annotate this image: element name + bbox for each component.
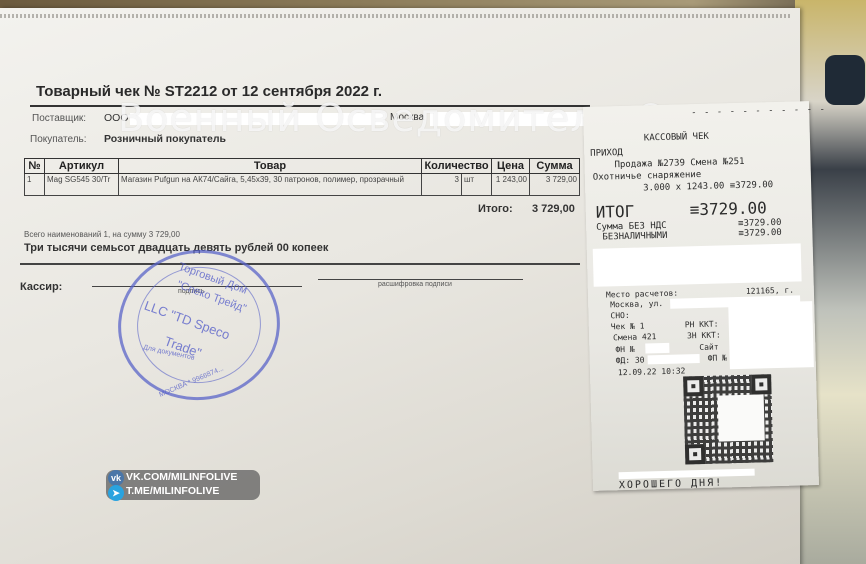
telegram-link[interactable]: T.ME/MILINFOLIVE <box>126 485 219 497</box>
signature-decode-line <box>318 279 523 280</box>
table-row: 1 Mag SG545 30/Tr Магазин Pufgun на АК74… <box>25 174 580 196</box>
receipt-sale-line: Продажа №2739 Смена №251 <box>614 157 744 170</box>
perforation-edge <box>0 14 790 18</box>
company-stamp: Торговый Дом "Спеко Трейд" LLC "TD Speco… <box>108 239 289 410</box>
supplier-label: Поставщик: <box>32 113 86 124</box>
cashier-label: Кассир: <box>20 281 62 293</box>
dashed-line: - - - - - - - - - - - <box>691 105 826 119</box>
cash-register-receipt: - - - - - - - - - - - КАССОВЫЙ ЧЕК ПРИХО… <box>583 101 819 491</box>
receipt-item-name: Охотничье снаряжение <box>593 170 702 183</box>
receipt-total-label: ИТОГ <box>596 202 635 222</box>
signature-decode-caption: расшифровка подписи <box>378 281 452 288</box>
telegram-icon: ➤ <box>108 485 124 501</box>
redaction-bar <box>728 301 814 369</box>
qr-finder <box>751 374 772 395</box>
redaction-bar <box>718 394 765 441</box>
total-value: 3 729,00 <box>532 203 575 215</box>
receipt-datetime: 12.09.22 10:32 <box>618 366 686 377</box>
receipt-fd: ФД: 30 <box>616 356 645 366</box>
vk-icon: vk <box>108 470 124 486</box>
col-product: Товар <box>119 159 422 174</box>
receipt-rn-kkt: РН ККТ: <box>685 320 719 330</box>
redaction-bar <box>593 243 802 286</box>
cell-article: Mag SG545 30/Tr <box>45 174 119 196</box>
receipt-sno: СНО: <box>610 311 629 321</box>
cell-sum: 3 729,00 <box>530 174 580 196</box>
table-header-row: № Артикул Товар Количество Цена Сумма <box>25 159 580 174</box>
receipt-place-value: 121165, г. <box>746 286 794 296</box>
receipt-fn: ФН № <box>615 345 634 355</box>
summary-count: Всего наименований 1, на сумму 3 729,00 <box>24 230 180 239</box>
cell-qty: 3 <box>422 174 462 196</box>
cell-unit: шт <box>462 174 492 196</box>
qr-finder <box>683 376 704 397</box>
col-quantity: Количество <box>422 159 492 174</box>
receipt-type: ПРИХОД <box>590 148 623 159</box>
col-article: Артикул <box>45 159 119 174</box>
receipt-item-calc: 3.000 x 1243.00 ≡3729.00 <box>643 180 773 193</box>
receipt-cashless-value: ≡3729.00 <box>738 228 782 239</box>
col-no: № <box>25 159 45 174</box>
fiscal-qr-code[interactable] <box>683 374 773 464</box>
col-sum: Сумма <box>530 159 580 174</box>
cell-price: 1 243,00 <box>492 174 530 196</box>
total-label: Итого: <box>478 203 513 215</box>
receipt-total-value: ≡3729.00 <box>689 198 767 219</box>
social-links-badge: vk VK.COM/MILINFOLIVE ➤ T.ME/MILINFOLIVE <box>106 470 260 500</box>
background-object <box>825 55 865 105</box>
receipt-fp: ФП № <box>708 353 727 363</box>
col-price: Цена <box>492 159 530 174</box>
cell-product: Магазин Pufgun на АК74/Сайга, 5,45x39, 3… <box>119 174 422 196</box>
receipt-cashless-label: БЕЗНАЛИЧНЫМИ <box>602 231 667 243</box>
summary-divider <box>20 263 580 265</box>
cell-no: 1 <box>25 174 45 196</box>
receipt-site: Сайт <box>699 343 718 353</box>
qr-finder <box>685 444 706 465</box>
vk-link[interactable]: VK.COM/MILINFOLIVE <box>126 471 237 483</box>
buyer-label: Покупатель: <box>30 134 87 145</box>
receipt-shift: Смена 421 <box>613 332 657 342</box>
receipt-check-no: Чек № 1 <box>611 321 645 331</box>
receipt-zn-kkt: ЗН ККТ: <box>687 330 721 340</box>
receipt-address: Москва, ул. <box>610 299 663 309</box>
redaction-bar <box>645 343 669 354</box>
goods-table: № Артикул Товар Количество Цена Сумма 1 … <box>24 158 580 196</box>
receipt-title: КАССОВЫЙ ЧЕК <box>644 132 709 144</box>
redaction-bar <box>648 354 700 364</box>
receipt-place-label: Место расчетов: <box>606 289 678 300</box>
